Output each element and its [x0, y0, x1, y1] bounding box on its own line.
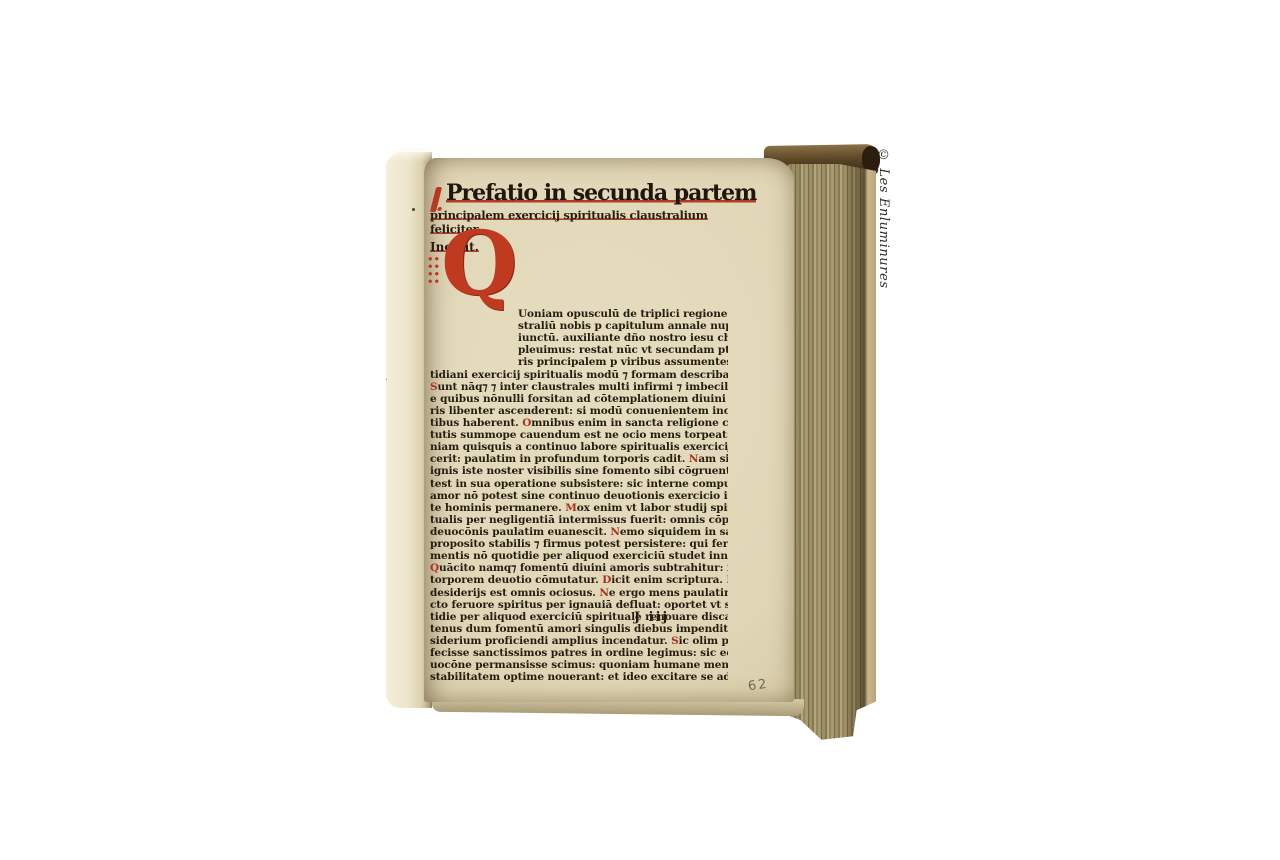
text-line: ris libenter ascenderent: si modū conuen… — [430, 405, 728, 417]
text-line: uocōne permansisse scimus: quoniam human… — [430, 659, 728, 671]
text-line: cerit: paulatim in profundum torporis ca… — [430, 453, 728, 465]
text-line: te hominis permanere. Mox enim vt labor … — [430, 502, 728, 514]
text-line: pleuimus: restat nūc vt secundam ptem op… — [430, 344, 728, 356]
printed-text-block: Prefatio in secunda partem principalem e… — [430, 180, 728, 683]
text-line: amor nō potest sine continuo deuotionis … — [430, 490, 728, 502]
text-line: niam quisquis a continuo labore spiritua… — [430, 441, 728, 453]
pencil-folio-number: 62 — [747, 677, 769, 695]
text-line: siderium proficiendi amplius incendatur.… — [430, 635, 728, 647]
text-line: Quācito namq⁊ fomentū diuini amoris subt… — [430, 562, 728, 574]
text-line: test in sua operatione subsistere: sic i… — [430, 478, 728, 490]
body-text: Uoniam opusculū de triplici regione clau… — [430, 308, 728, 683]
text-line: mentis nō quotidie per aliquod exerciciū… — [430, 550, 728, 562]
page-specks — [412, 208, 415, 211]
text-line: ris principalem p viribus assumentes. qu… — [430, 356, 728, 368]
text-line: ignis iste noster visibilis sine fomento… — [430, 465, 728, 477]
text-line: stabilitatem optime nouerant: et ideo ex… — [430, 671, 728, 683]
text-line: deuocōnis paulatim euanescit. Nemo siqui… — [430, 526, 728, 538]
photo-watermark: © Les Enluminures — [876, 148, 891, 289]
text-line: desiderijs est omnis ociosus. Ne ergo me… — [430, 587, 728, 599]
text-line: tidiani exercicij spiritualis modū ⁊ for… — [430, 369, 728, 381]
text-line: proposito stabilis ⁊ firmus potest persi… — [430, 538, 728, 550]
book-photo: Prefatio in secunda partem principalem e… — [0, 0, 1280, 860]
text-line: tualis per negligentiā intermissus fueri… — [430, 514, 728, 526]
book-fore-edge — [788, 164, 876, 742]
text-line: tenus dum fomentū amori singulis diebus … — [430, 623, 728, 635]
text-line: e quibus nōnulli forsitan ad cōtemplatio… — [430, 393, 728, 405]
text-line: tutis summope cauendum est ne ocio mens … — [430, 429, 728, 441]
signature-mark: J iij — [634, 610, 669, 625]
text-line: cto feruore spiritus per ignauiā defluat… — [430, 599, 728, 611]
text-line: Sunt nāq⁊ ⁊ inter claustrales multi infi… — [430, 381, 728, 393]
text-line: fecisse sanctissimos patres in ordine le… — [430, 647, 728, 659]
text-line: tibus haberent. Omnibus enim in sancta r… — [430, 417, 728, 429]
text-line: torporem deuotio cōmutatur. Dicit enim s… — [430, 574, 728, 586]
text-line: iunctū. auxiliante dño nostro iesu chris… — [430, 332, 728, 344]
ornament-icon — [497, 255, 510, 285]
page-heading-line1: Prefatio in secunda partem — [430, 180, 728, 206]
ornament-icon — [427, 255, 440, 285]
drop-cap-initial: Q — [427, 233, 513, 313]
text-line: tidie per aliquod exerciciū spirituale r… — [430, 611, 728, 623]
text-line: straliū nobis p capitulum annale nuper i… — [430, 320, 728, 332]
